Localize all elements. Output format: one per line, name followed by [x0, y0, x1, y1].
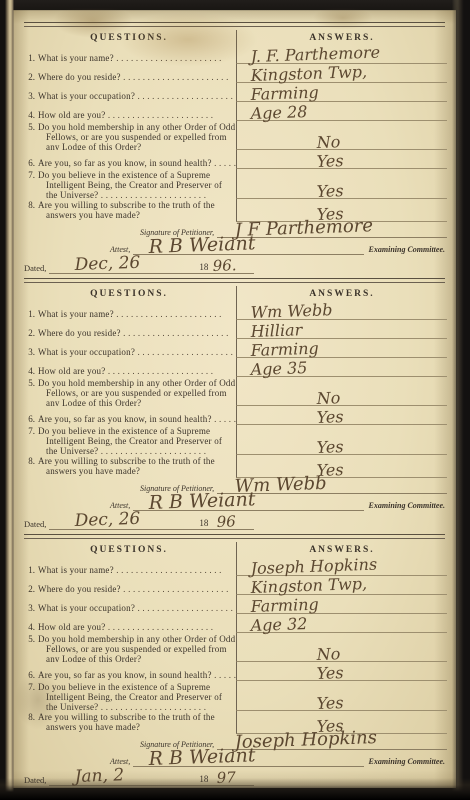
question-row: 3.What is your occupation? Farming: [22, 83, 447, 102]
handwritten-answer: Farming: [250, 83, 319, 104]
answer-line: Yes: [236, 681, 447, 711]
questions-header: QUESTIONS.: [22, 542, 236, 557]
answer-line: Farming: [236, 595, 447, 614]
question-text: Do you hold membership in any other Orde…: [38, 378, 236, 406]
handwritten-answer: Yes: [316, 407, 344, 427]
answer-line: Yes: [236, 406, 447, 425]
answer-line: Age 32: [236, 614, 447, 633]
question-text: Are you, so far as you know, in sound he…: [38, 670, 236, 680]
section-header-row: QUESTIONS. ANSWERS.: [22, 542, 447, 557]
question-number: 6.: [22, 158, 38, 168]
answer-line: Farming: [236, 83, 447, 102]
question-number: 5.: [22, 122, 38, 132]
printed-year-prefix: 18: [199, 262, 208, 272]
handwritten-answer: Hilliar: [250, 320, 302, 341]
question-row: 1.What is your name? Joseph Hopkins: [22, 557, 447, 576]
question-text: Do you believe in the existence of a Sup…: [38, 426, 236, 455]
question-number: 3.: [22, 603, 38, 613]
handwritten-answer: No: [316, 388, 340, 408]
question-number: 6.: [22, 414, 38, 424]
question-row: 4.How old are you? Age 35: [22, 358, 447, 377]
answers-header: ANSWERS.: [236, 30, 447, 45]
question-row: 2.Where do you reside? Kingston Twp,: [22, 64, 447, 83]
question-row: 1.What is your name? J. F. Parthemore: [22, 45, 447, 64]
answer-line: Yes: [236, 169, 447, 199]
question-number: 7.: [22, 170, 38, 180]
printed-year-prefix: 18: [199, 774, 208, 784]
attest-signature: R B Weiant: [148, 232, 256, 258]
dated-label: Dated,: [24, 519, 46, 530]
question-row: 6.Are you, so far as you know, in sound …: [22, 150, 447, 169]
question-number: 3.: [22, 91, 38, 101]
answer-line: No: [236, 377, 447, 406]
handwritten-answer: Kingston Twp,: [250, 574, 367, 597]
question-text: How old are you?: [38, 110, 236, 120]
handwritten-answer: Farming: [250, 339, 319, 360]
attest-signature: R B Weiant: [148, 744, 256, 770]
handwritten-answer: Yes: [316, 181, 344, 201]
section-header-row: QUESTIONS. ANSWERS.: [22, 286, 447, 301]
section-divider-rule: [24, 278, 445, 283]
examining-committee-label: Examining Committee.: [364, 757, 447, 767]
question-text: Where do you reside?: [38, 72, 236, 82]
answer-line: Age 35: [236, 358, 447, 377]
question-number: 7.: [22, 682, 38, 692]
question-row: 1.What is your name? Wm Webb: [22, 301, 447, 320]
attest-row: Attest, R B Weiant Examining Committee.: [22, 750, 447, 767]
question-text: Do you believe in the existence of a Sup…: [38, 682, 236, 711]
answer-line: No: [236, 121, 447, 150]
handwritten-date: Dec, 26: [75, 509, 141, 531]
question-text: Are you willing to subscribe to the trut…: [38, 456, 236, 478]
petitioner-signature: Joseph Hopkins: [234, 727, 377, 753]
question-row: 8.Are you willing to subscribe to the tr…: [22, 711, 447, 734]
answer-line: Hilliar: [236, 320, 447, 339]
top-double-rule: [24, 22, 445, 27]
answer-line: Yes: [236, 150, 447, 169]
attest-line: R B Weiant: [133, 766, 363, 767]
questions-header: QUESTIONS.: [22, 30, 236, 45]
question-row: 2.Where do you reside? Kingston Twp,: [22, 576, 447, 595]
dated-line: Jan, 2 18 97: [49, 785, 254, 786]
question-text: Are you willing to subscribe to the trut…: [38, 200, 236, 222]
question-row: 8.Are you willing to subscribe to the tr…: [22, 455, 447, 478]
answers-header: ANSWERS.: [236, 542, 447, 557]
dated-label: Dated,: [24, 263, 46, 274]
question-row: 7.Do you believe in the existence of a S…: [22, 169, 447, 199]
handwritten-answer: Age 35: [250, 358, 307, 379]
question-number: 4.: [22, 110, 38, 120]
question-row: 7.Do you believe in the existence of a S…: [22, 425, 447, 455]
section-divider-rule: [24, 534, 445, 539]
dated-row: Dated, Dec, 26 18 96: [22, 511, 447, 530]
answer-line: J. F. Parthemore: [236, 45, 447, 64]
question-number: 8.: [22, 200, 38, 210]
question-row: 6.Are you, so far as you know, in sound …: [22, 406, 447, 425]
question-number: 2.: [22, 584, 38, 594]
handwritten-year: 97: [217, 768, 237, 787]
answer-line: No: [236, 633, 447, 662]
question-row: 4.How old are you? Age 32: [22, 614, 447, 633]
question-row: 6.Are you, so far as you know, in sound …: [22, 662, 447, 681]
attest-row: Attest, R B Weiant Examining Committee.: [22, 238, 447, 255]
question-text: Do you believe in the existence of a Sup…: [38, 170, 236, 199]
scanned-form-page: QUESTIONS. ANSWERS. 1.What is your name?…: [13, 10, 456, 788]
dated-row: Dated, Dec, 26 18 96.: [22, 255, 447, 274]
answer-line: Kingston Twp,: [236, 64, 447, 83]
answers-header: ANSWERS.: [236, 286, 447, 301]
handwritten-answer: Yes: [316, 437, 344, 457]
question-text: How old are you?: [38, 366, 236, 376]
dated-row: Dated, Jan, 2 18 97: [22, 767, 447, 786]
question-row: 3.What is your occupation? Farming: [22, 339, 447, 358]
handwritten-answer: No: [316, 132, 340, 152]
question-number: 7.: [22, 426, 38, 436]
question-text: Where do you reside?: [38, 584, 236, 594]
attest-row: Attest, R B Weiant Examining Committee.: [22, 494, 447, 511]
question-text: Do you hold membership in any other Orde…: [38, 122, 236, 150]
answer-line: Yes: [236, 662, 447, 681]
question-row: 5.Do you hold membership in any other Or…: [22, 121, 447, 150]
attest-line: R B Weiant: [133, 254, 363, 255]
question-text: What is your occupation?: [38, 91, 236, 101]
question-text: What is your occupation?: [38, 347, 236, 357]
handwritten-answer: Yes: [316, 151, 344, 171]
question-text: What is your name?: [38, 309, 236, 319]
handwritten-answer: Age 28: [250, 102, 307, 123]
examining-committee-label: Examining Committee.: [364, 501, 447, 511]
question-text: How old are you?: [38, 622, 236, 632]
question-text: Are you willing to subscribe to the trut…: [38, 712, 236, 734]
examining-committee-label: Examining Committee.: [364, 245, 447, 255]
questions-header: QUESTIONS.: [22, 286, 236, 301]
petition-section-2: QUESTIONS. ANSWERS. 1.What is your name?…: [22, 286, 447, 530]
answer-line: Joseph Hopkins: [236, 557, 447, 576]
scanned-book-photo: QUESTIONS. ANSWERS. 1.What is your name?…: [0, 0, 470, 800]
question-text: What is your occupation?: [38, 603, 236, 613]
dated-label: Dated,: [24, 775, 46, 786]
handwritten-answer: No: [316, 644, 340, 664]
question-row: 5.Do you hold membership in any other Or…: [22, 633, 447, 662]
question-number: 8.: [22, 456, 38, 466]
question-number: 4.: [22, 366, 38, 376]
handwritten-answer: Yes: [316, 693, 344, 713]
question-number: 3.: [22, 347, 38, 357]
question-row: 4.How old are you? Age 28: [22, 102, 447, 121]
answer-line: Age 28: [236, 102, 447, 121]
question-row: 3.What is your occupation? Farming: [22, 595, 447, 614]
question-text: Where do you reside?: [38, 328, 236, 338]
handwritten-date: Jan, 2: [75, 765, 125, 787]
question-text: Are you, so far as you know, in sound he…: [38, 414, 236, 424]
question-text: What is your name?: [38, 565, 236, 575]
handwritten-answer: Farming: [250, 595, 319, 616]
handwritten-answer: Age 32: [250, 614, 307, 635]
attest-signature: R B Weiant: [148, 488, 256, 514]
question-number: 6.: [22, 670, 38, 680]
answer-line: Kingston Twp,: [236, 576, 447, 595]
question-number: 1.: [22, 565, 38, 575]
dated-line: Dec, 26 18 96.: [49, 273, 254, 274]
question-row: 2.Where do you reside? Hilliar: [22, 320, 447, 339]
attest-line: R B Weiant: [133, 510, 363, 511]
question-number: 1.: [22, 53, 38, 63]
answer-line: Yes: [236, 425, 447, 455]
petition-section-1: QUESTIONS. ANSWERS. 1.What is your name?…: [22, 30, 447, 274]
handwritten-year: 96.: [212, 256, 236, 275]
question-number: 5.: [22, 634, 38, 644]
handwritten-answer: Yes: [316, 663, 344, 683]
question-number: 1.: [22, 309, 38, 319]
handwritten-answer: Wm Webb: [250, 300, 332, 322]
question-row: 5.Do you hold membership in any other Or…: [22, 377, 447, 406]
book-binding-edge: [0, 0, 14, 800]
handwritten-year: 96: [217, 512, 237, 531]
question-text: What is your name?: [38, 53, 236, 63]
question-number: 4.: [22, 622, 38, 632]
question-text: Do you hold membership in any other Orde…: [38, 634, 236, 662]
question-number: 5.: [22, 378, 38, 388]
handwritten-answer: Kingston Twp,: [250, 62, 367, 85]
dated-line: Dec, 26 18 96: [49, 529, 254, 530]
question-number: 2.: [22, 72, 38, 82]
printed-year-prefix: 18: [199, 518, 208, 528]
answer-line: Wm Webb: [236, 301, 447, 320]
question-number: 8.: [22, 712, 38, 722]
handwritten-date: Dec, 26: [75, 253, 141, 275]
petition-section-3: QUESTIONS. ANSWERS. 1.What is your name?…: [22, 542, 447, 786]
answer-line: Farming: [236, 339, 447, 358]
question-row: 7.Do you believe in the existence of a S…: [22, 681, 447, 711]
question-text: Are you, so far as you know, in sound he…: [38, 158, 236, 168]
question-number: 2.: [22, 328, 38, 338]
section-header-row: QUESTIONS. ANSWERS.: [22, 30, 447, 45]
question-row: 8.Are you willing to subscribe to the tr…: [22, 199, 447, 222]
